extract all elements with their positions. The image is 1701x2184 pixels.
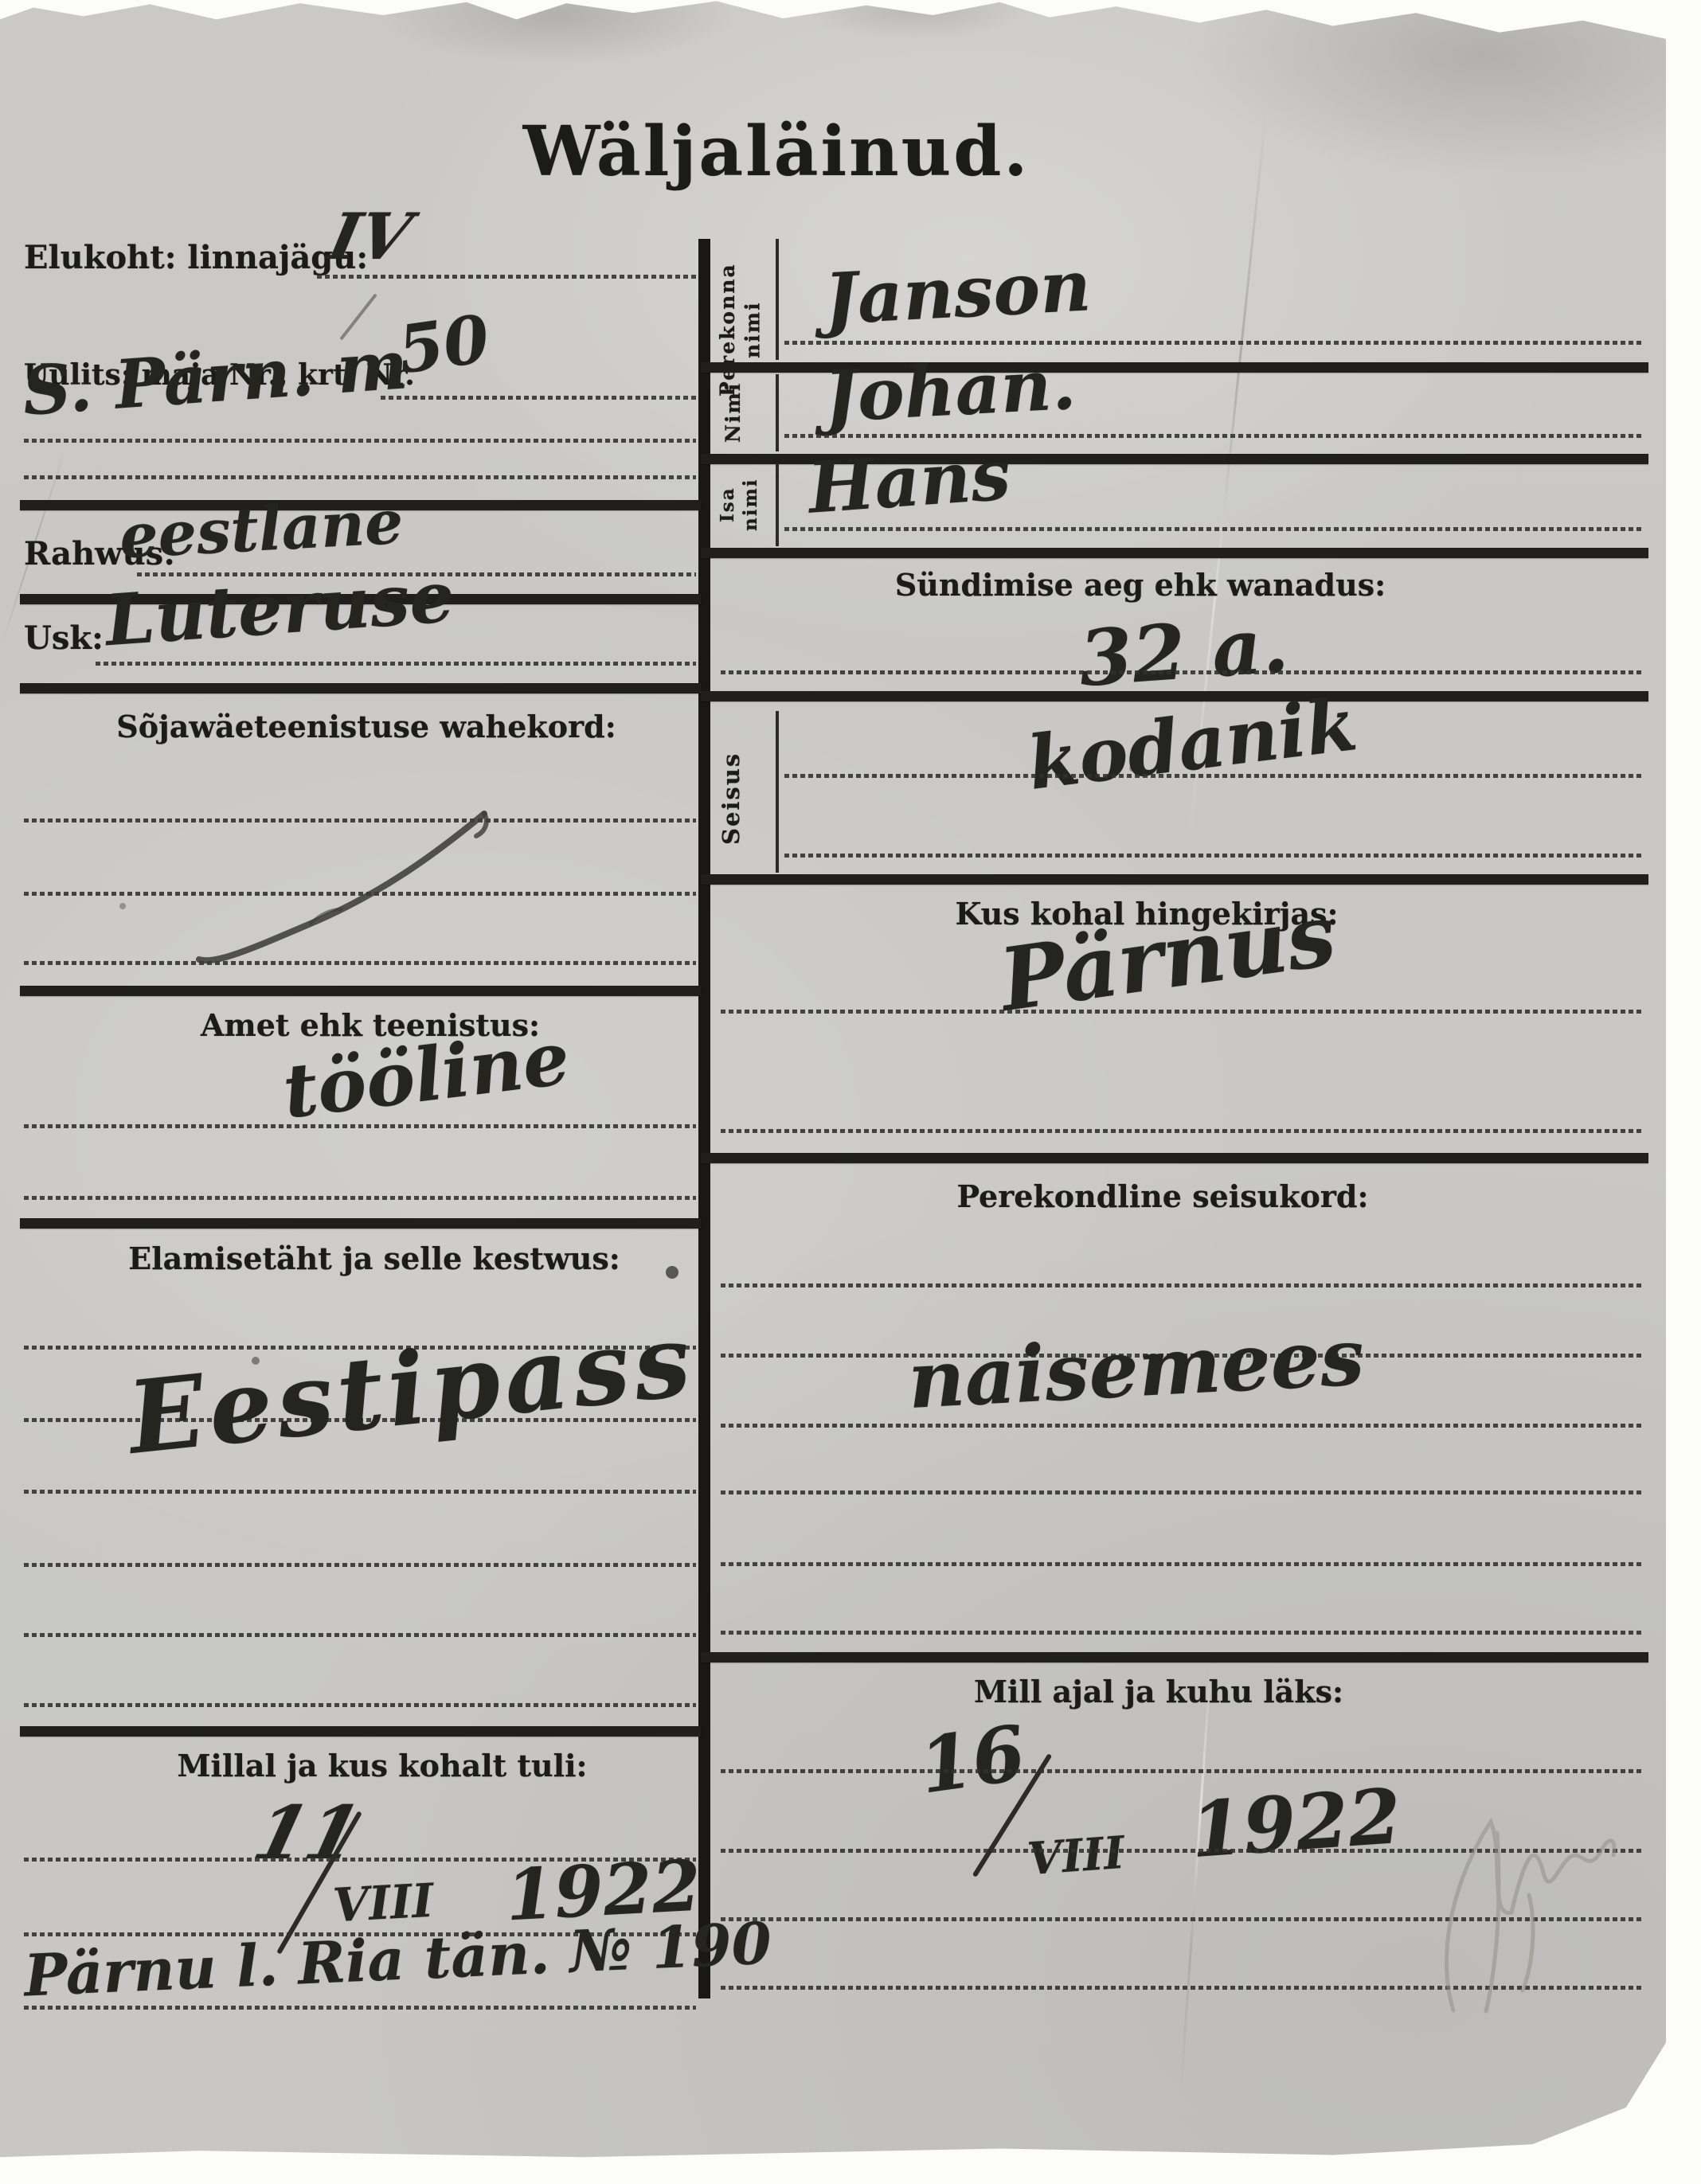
label-separator-line — [776, 711, 779, 873]
residence-value: IV — [323, 199, 417, 274]
dotted-line — [721, 1283, 1642, 1287]
dotted-line — [721, 670, 1642, 674]
departure-month-value: VIII — [1026, 1827, 1126, 1885]
permit-label: Elamisetäht ja selle kestwus: — [128, 1240, 620, 1276]
section-rule — [701, 691, 1648, 701]
pencil-signature-scribble — [1417, 1799, 1633, 2022]
dotted-line — [24, 1490, 696, 1494]
street-name-value: S. Pärn. m — [20, 325, 410, 431]
section-rule — [20, 683, 701, 693]
label-separator-line — [776, 463, 779, 546]
label-separator-line — [776, 374, 779, 451]
ink-speck — [119, 903, 126, 909]
family-status-value: naisemees — [905, 1311, 1366, 1427]
permit-value: Eestipass — [123, 1302, 700, 1477]
dotted-line — [24, 1703, 696, 1707]
dotted-line — [784, 527, 1642, 531]
departure-year-value: 1922 — [1187, 1772, 1404, 1875]
section-rule — [20, 986, 701, 996]
dotted-line — [721, 1424, 1642, 1428]
dotted-line — [317, 275, 696, 279]
birth-value: 32 a. — [1076, 600, 1291, 704]
dotted-line — [24, 1196, 696, 1200]
surname-value: Janson — [823, 244, 1093, 340]
dotted-line — [721, 1491, 1642, 1494]
dotted-line — [721, 1010, 1642, 1014]
religion-label: Usk: — [24, 619, 104, 657]
label-separator-line — [776, 239, 779, 360]
house-number-value: 50 — [393, 301, 494, 389]
section-rule — [701, 1652, 1648, 1662]
family-status-label: Perekondline seisukord: — [956, 1178, 1368, 1214]
ink-speck — [666, 1266, 678, 1279]
section-rule — [20, 1726, 701, 1737]
section-rule — [701, 1153, 1648, 1163]
dotted-line — [721, 1769, 1642, 1773]
father-name-label: Isa nimi — [717, 460, 771, 549]
dotted-line — [721, 1129, 1642, 1133]
departure-label: Mill ajal ja kuhu läks: — [974, 1674, 1343, 1709]
dotted-line — [24, 475, 696, 479]
dotted-line — [24, 1633, 696, 1637]
first-name-value: Johan. — [822, 342, 1077, 438]
section-rule — [20, 1218, 701, 1229]
paper-crease — [1179, 1665, 1212, 2094]
dotted-line — [721, 1631, 1642, 1635]
section-rule — [701, 548, 1648, 558]
military-label: Sõjawäeteenistuse wahekord: — [116, 709, 616, 744]
status-label: Seisus — [717, 721, 766, 876]
dotted-line — [784, 774, 1642, 778]
dotted-line — [784, 341, 1642, 345]
dotted-line — [381, 396, 696, 400]
arrival-label: Millal ja kus kohalt tuli: — [177, 1748, 587, 1784]
scanned-form-paper: Wäljaläinud. Elukoht: linnajägu: IV Uuli… — [0, 0, 1666, 2159]
birth-label: Sündimise aeg ehk wanadus: — [895, 567, 1386, 603]
dotted-line — [24, 439, 696, 443]
military-strike-mark — [183, 796, 518, 971]
nationality-value: eestlane — [118, 486, 405, 572]
father-name-value: Hans — [806, 432, 1013, 529]
dotted-line — [784, 434, 1642, 438]
dotted-line — [721, 1562, 1642, 1566]
departure-day-value: 16 — [914, 1709, 1030, 1811]
section-rule — [701, 874, 1648, 885]
dotted-line — [24, 2006, 696, 2010]
form-title: Wäljaläinud. — [523, 111, 1030, 192]
dotted-line — [24, 1563, 696, 1567]
residence-label: Elukoht: linnajägu: — [24, 239, 368, 276]
dotted-line — [96, 662, 696, 666]
dotted-line — [784, 854, 1642, 858]
first-name-label: Nimi — [721, 374, 768, 451]
